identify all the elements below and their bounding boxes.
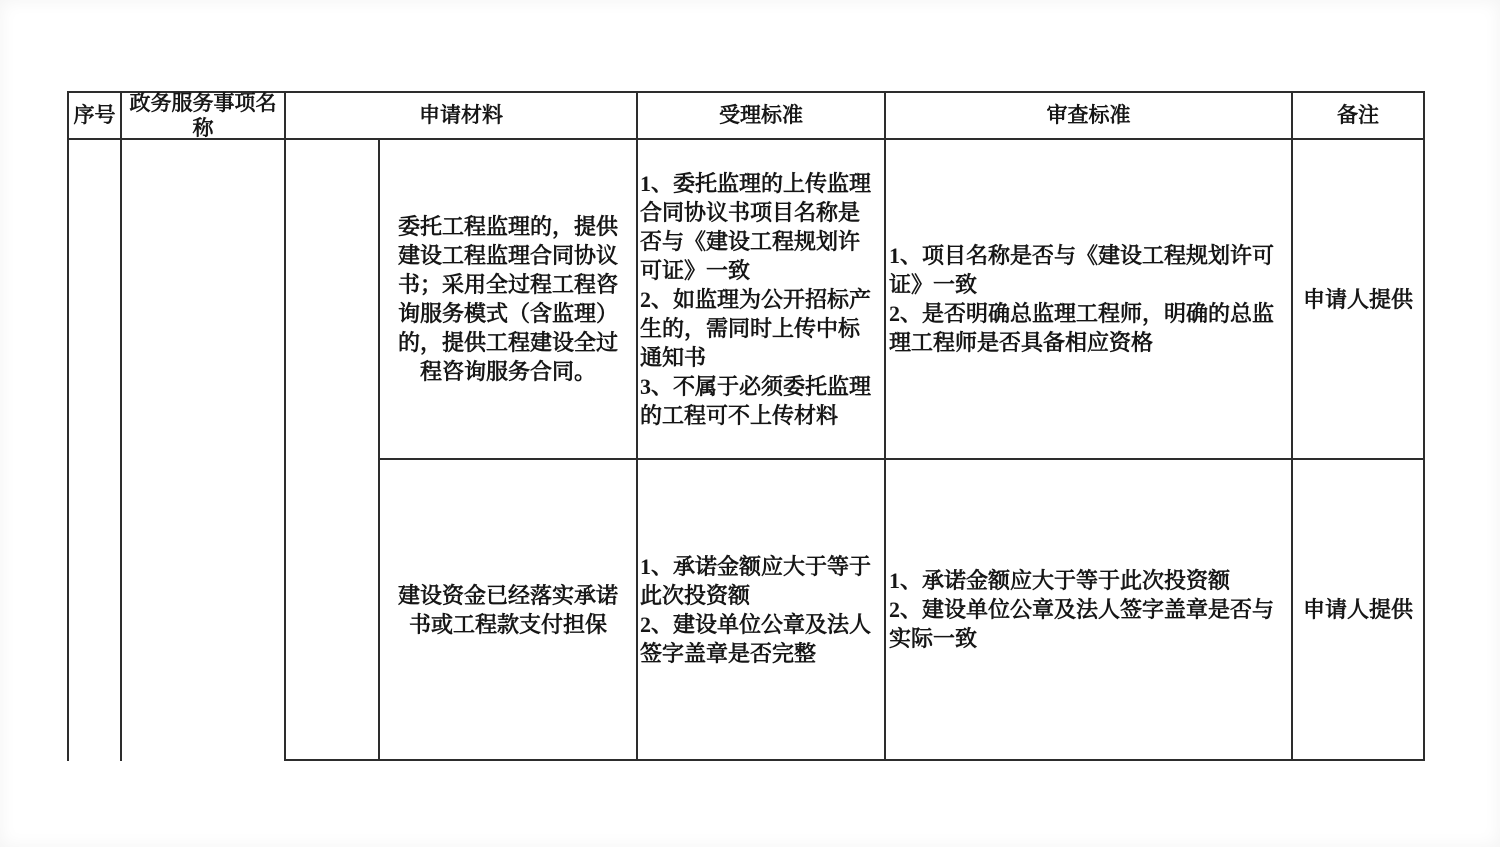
header-remarks-label: 备注 (1337, 103, 1379, 128)
row1-review-criteria-cell: 1、项目名称是否与《建设工程规划许可证》一致 2、是否明确总监理工程师，明确的总… (886, 140, 1293, 460)
header-application-materials-label: 申请材料 (419, 103, 503, 128)
header-application-materials: 申请材料 (286, 91, 638, 140)
row1-review-criteria-text: 1、项目名称是否与《建设工程规划许可证》一致 2、是否明确总监理工程师，明确的总… (889, 241, 1286, 357)
header-remarks: 备注 (1293, 91, 1425, 140)
row2-review-criteria-cell: 1、承诺金额应大于等于此次投资额 2、建设单位公章及法人签字盖章是否与实际一致 (886, 460, 1293, 761)
row1-application-materials-text: 委托工程监理的，提供建设工程监理合同协议书；采用全过程工程咨询服务模式（含监理）… (392, 212, 624, 386)
header-service-item-name-label: 政务服务事项名称 (124, 91, 282, 141)
row1-remarks-text: 申请人提供 (1303, 285, 1413, 314)
cell-serial-number-span-empty (67, 140, 122, 761)
header-review-criteria-label: 审查标准 (1047, 103, 1131, 128)
row2-remarks-text: 申请人提供 (1303, 595, 1413, 624)
row2-review-criteria-text: 1、承诺金额应大于等于此次投资额 2、建设单位公章及法人签字盖章是否与实际一致 (889, 566, 1286, 653)
row1-acceptance-criteria-cell: 1、委托监理的上传监理合同协议书项目名称是否与《建设工程规划许可证》一致 2、如… (638, 140, 886, 460)
header-review-criteria: 审查标准 (886, 91, 1293, 140)
row2-acceptance-criteria-cell: 1、承诺金额应大于等于此次投资额 2、建设单位公章及法人签字盖章是否完整 (638, 460, 886, 761)
row2-acceptance-criteria-text: 1、承诺金额应大于等于此次投资额 2、建设单位公章及法人签字盖章是否完整 (640, 552, 877, 668)
header-acceptance-criteria: 受理标准 (638, 91, 886, 140)
header-acceptance-criteria-label: 受理标准 (719, 103, 803, 128)
row1-acceptance-criteria-text: 1、委托监理的上传监理合同协议书项目名称是否与《建设工程规划许可证》一致 2、如… (640, 169, 877, 430)
row1-remarks-cell: 申请人提供 (1293, 140, 1425, 460)
cell-materials-subcolumn-empty (286, 140, 380, 761)
row1-application-materials-cell: 委托工程监理的，提供建设工程监理合同协议书；采用全过程工程咨询服务模式（含监理）… (380, 140, 638, 460)
header-serial-number-label: 序号 (74, 103, 116, 128)
row2-application-materials-cell: 建设资金已经落实承诺书或工程款支付担保 (380, 460, 638, 761)
cell-service-item-name-span-empty (122, 140, 286, 761)
row2-remarks-cell: 申请人提供 (1293, 460, 1425, 761)
service-matters-table: 序号 政务服务事项名称 申请材料 受理标准 审查标准 备注 委托工程监理的，提供… (0, 0, 1500, 847)
row2-application-materials-text: 建设资金已经落实承诺书或工程款支付担保 (392, 581, 624, 639)
header-service-item-name: 政务服务事项名称 (122, 91, 286, 140)
header-serial-number: 序号 (67, 91, 122, 140)
document-page: 序号 政务服务事项名称 申请材料 受理标准 审查标准 备注 委托工程监理的，提供… (0, 0, 1500, 847)
